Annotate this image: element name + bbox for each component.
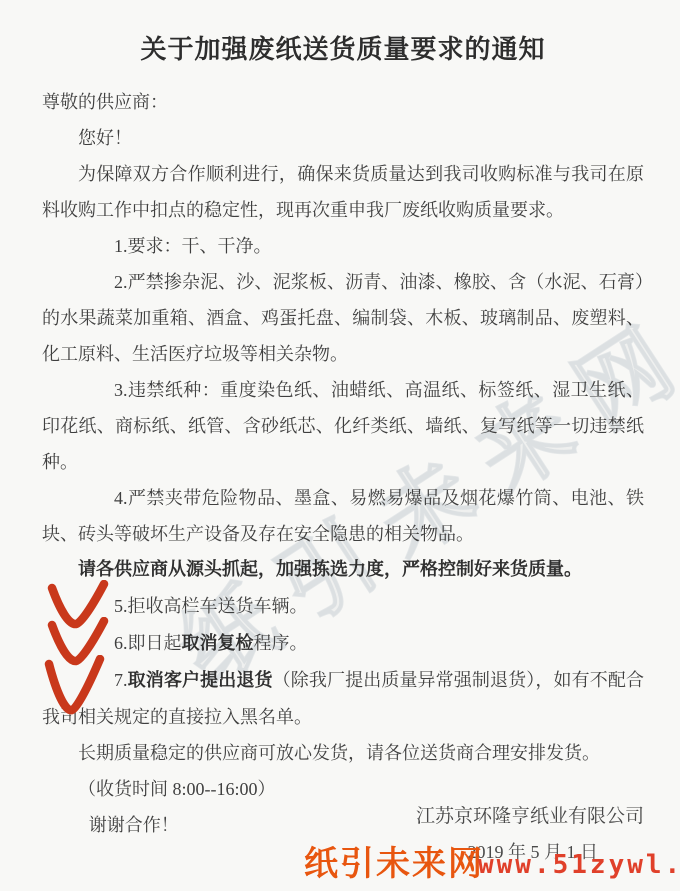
item-bold-text: 取消复检 (182, 633, 254, 654)
item-text: 违禁纸种：重度染色纸、油蜡纸、高温纸、标签纸、湿卫生纸、印花纸、商标纸、纸管、含… (42, 380, 644, 472)
item-number: 1. (78, 228, 128, 264)
item-number: 6. (78, 625, 128, 661)
notice-item-1: 1.要求：干、干净。 (42, 228, 644, 264)
item-number: 2. (78, 264, 128, 300)
item-text: 拒收高栏车送货车辆。 (128, 596, 308, 616)
closing-quality-line: 长期质量稳定的供应商可放心发货，请各位送货商合理安排发货。 (42, 735, 644, 771)
item-number: 5. (78, 588, 128, 624)
notice-item-7: 7.取消客户提出退货（除我厂提出质量异常强制退货），如有不配合我司相关规定的直接… (42, 662, 644, 735)
item-text: 严禁掺杂泥、沙、泥浆板、沥青、油漆、橡胶、含（水泥、石膏）的水果蔬菜加重箱、酒盒… (42, 272, 644, 364)
emphasis-line: 请各供应商从源头抓起，加强拣选力度，严格控制好来货质量。 (42, 552, 644, 588)
item-number: 4. (78, 480, 128, 516)
notice-item-2: 2.严禁掺杂泥、沙、泥浆板、沥青、油漆、橡胶、含（水泥、石膏）的水果蔬菜加重箱、… (42, 264, 644, 372)
greeting: 您好！ (42, 120, 644, 156)
item-number: 3. (78, 372, 128, 408)
notice-item-3: 3.违禁纸种：重度染色纸、油蜡纸、高温纸、标签纸、湿卫生纸、印花纸、商标纸、纸管… (42, 372, 644, 480)
notice-item-4: 4.严禁夹带危险物品、墨盒、易燃易爆品及烟花爆竹筒、电池、铁块、砖头等破坏生产设… (42, 480, 644, 552)
closing-time-line: （收货时间 8:00--16:00） (42, 771, 644, 807)
notice-item-5: 5.拒收高栏车送货车辆。 (42, 588, 644, 625)
intro-paragraph: 为保障双方合作顺利进行，确保来货质量达到我司收购标准与我司在原料收购工作中扣点的… (42, 156, 644, 228)
notice-document: 纸引未来网 关于加强废纸送货质量要求的通知 尊敬的供应商： 您好！ 为保障双方合… (0, 0, 680, 891)
salutation: 尊敬的供应商： (42, 84, 644, 120)
notice-title: 关于加强废纸送货质量要求的通知 (42, 30, 644, 70)
notice-body: 关于加强废纸送货质量要求的通知 尊敬的供应商： 您好！ 为保障双方合作顺利进行，… (0, 0, 680, 843)
site-watermark-name: 纸引未来网 (304, 844, 484, 884)
notice-item-6: 6.即日起取消复检程序。 (42, 625, 644, 662)
item-text: 要求：干、干净。 (128, 236, 272, 256)
item-text: 程序。 (254, 633, 308, 653)
item-text: 严禁夹带危险物品、墨盒、易燃易爆品及烟花爆竹筒、电池、铁块、砖头等破坏生产设备及… (42, 488, 644, 544)
signature-date: 2019 年 5 月 1 日 (468, 838, 599, 864)
item-text: 即日起 (128, 633, 182, 653)
item-number: 7. (78, 662, 128, 698)
item-bold-text: 取消客户提出退货 (128, 670, 273, 691)
company-signature: 江苏京环隆亨纸业有限公司 (416, 804, 644, 830)
